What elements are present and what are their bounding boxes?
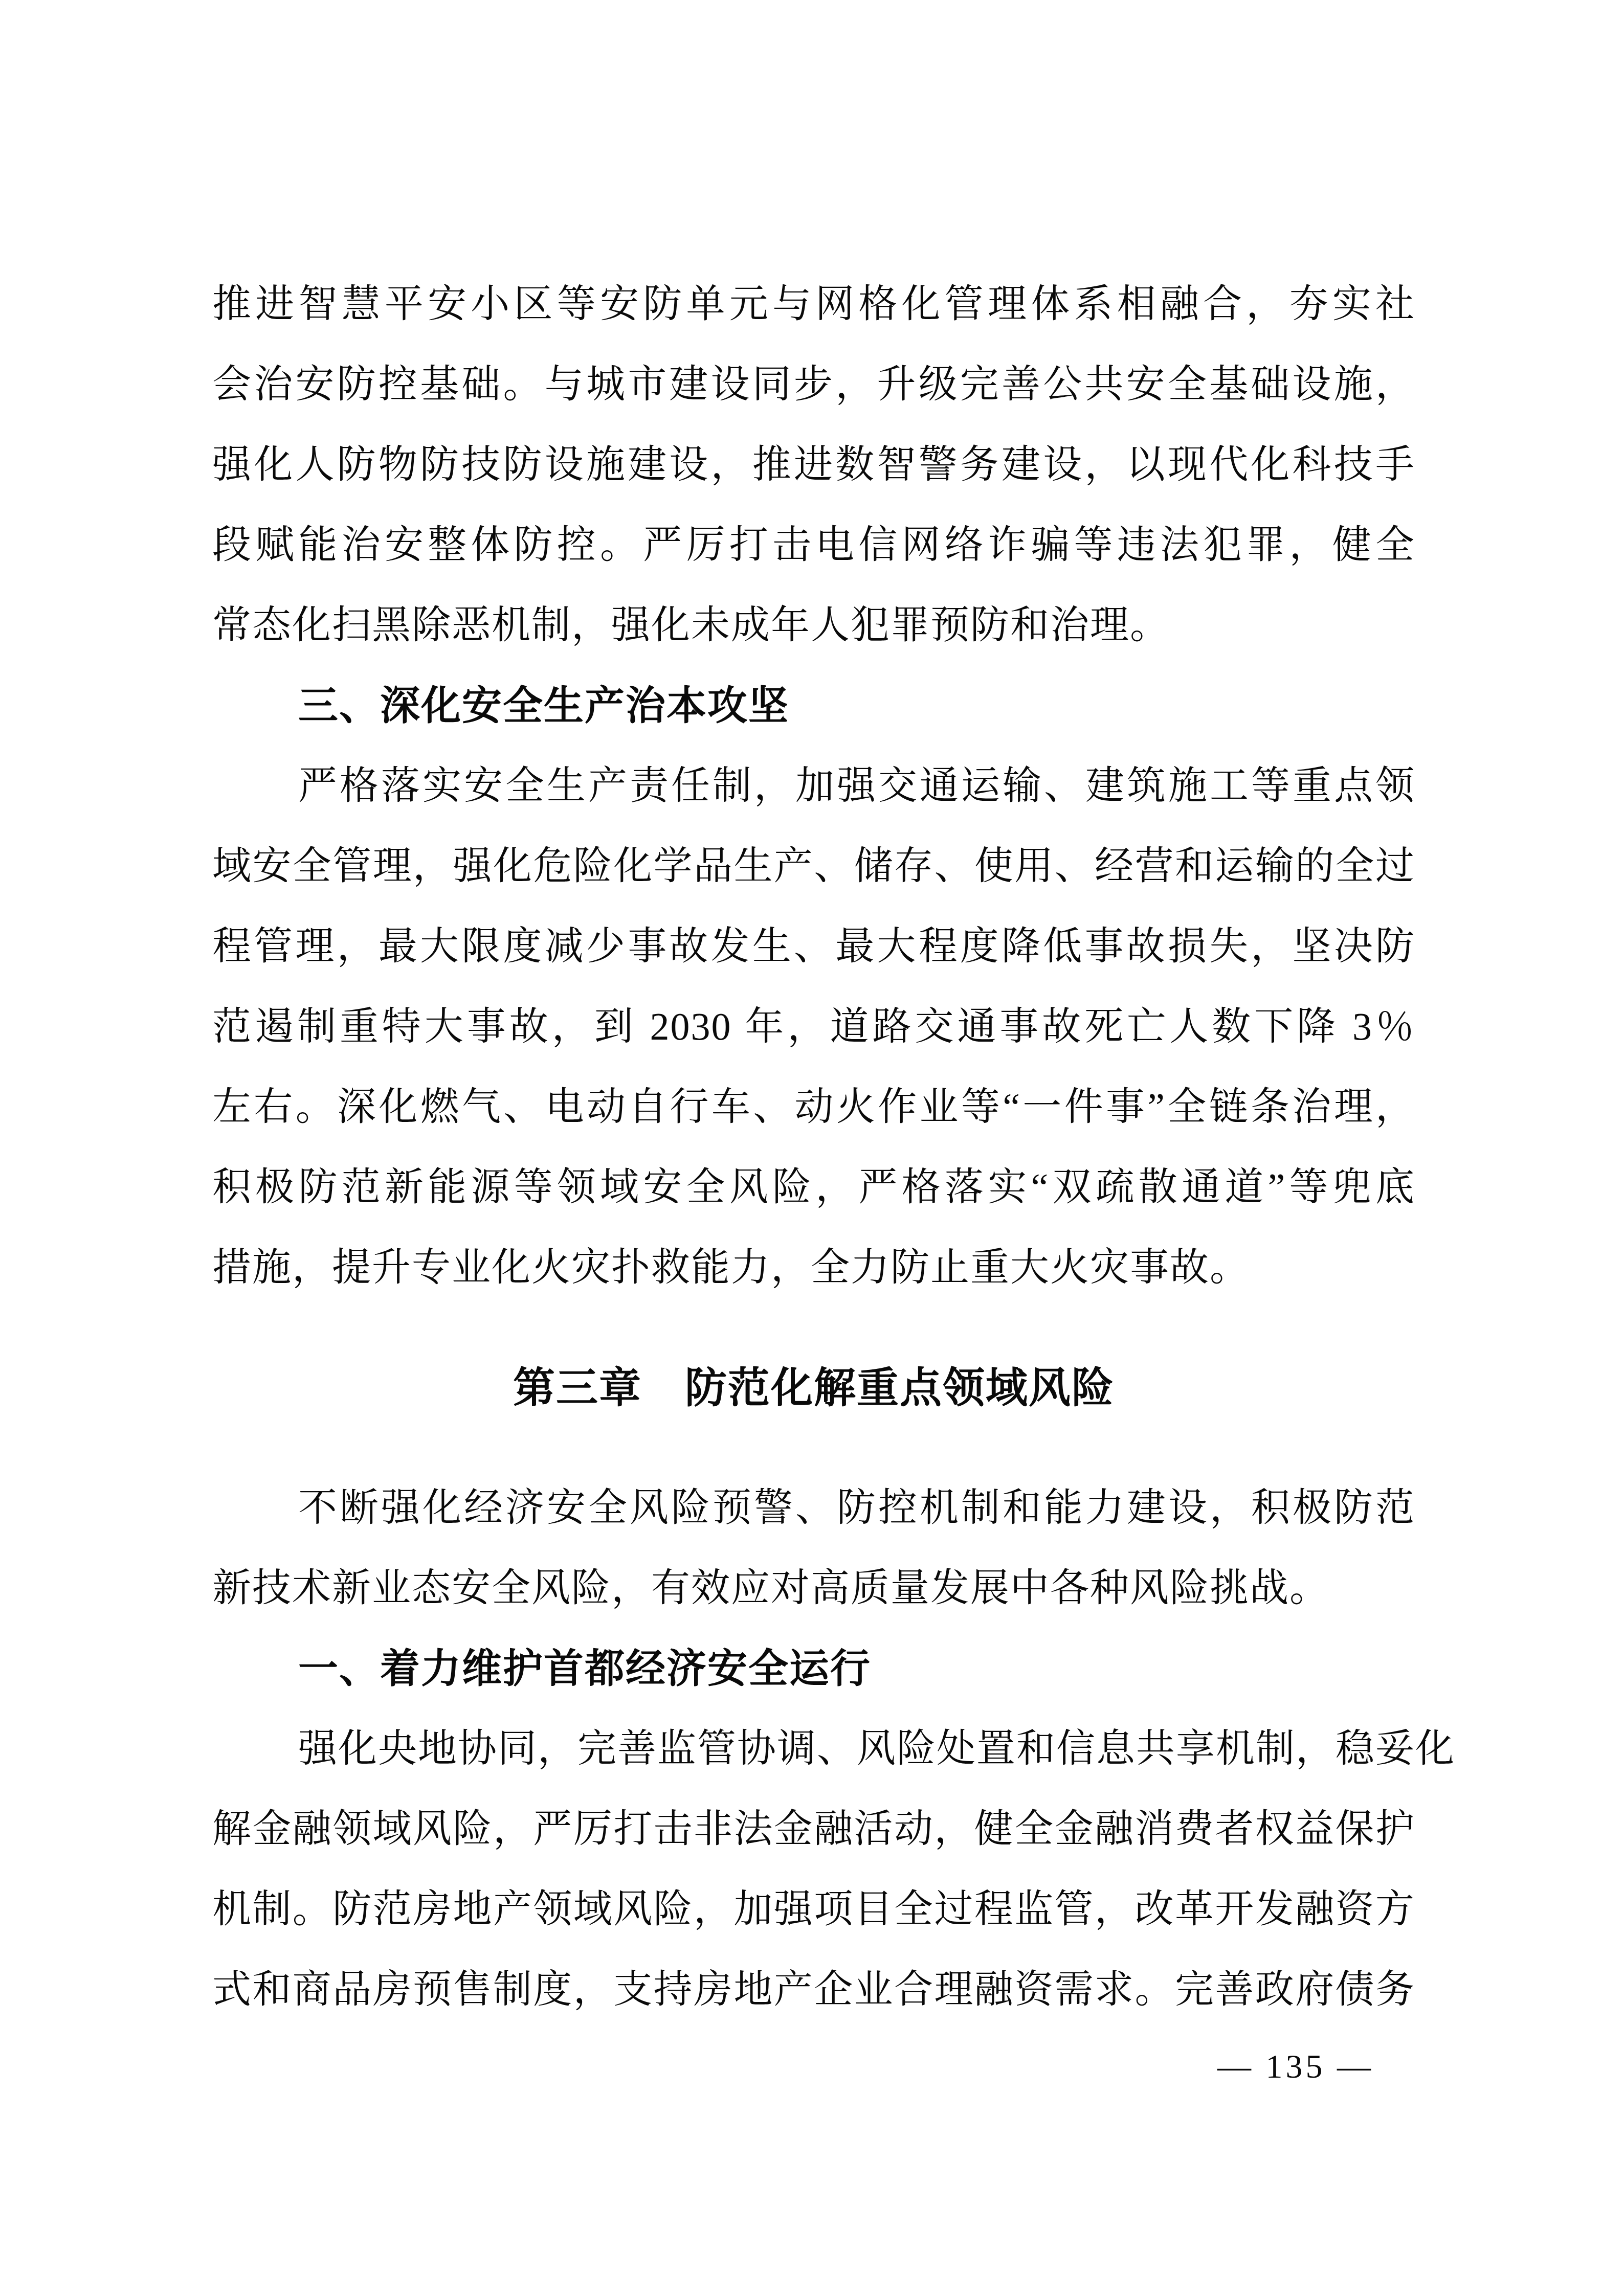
text-line: 机制。防范房地产领域风险，加强项目全过程监管，改革开发融资方 [212,1870,1415,1950]
text-line: 强化央地协同，完善监管协调、风险处置和信息共享机制，稳妥化 [212,1709,1415,1789]
text-line: 段赋能治安整体防控。严厉打击电信网络诈骗等违法犯罪，健全 [212,505,1415,586]
text-line: 常态化扫黑除恶机制，强化未成年人犯罪预防和治理。 [212,586,1415,666]
section-heading: 三、深化安全生产治本攻坚 [212,666,1415,746]
text-line: 范遏制重特大事故，到 2030 年，道路交通事故死亡人数下降 3％ [212,987,1415,1067]
text-line: 严格落实安全生产责任制，加强交通运输、建筑施工等重点领 [212,746,1415,826]
text-line: 式和商品房预售制度，支持房地产企业合理融资需求。完善政府债务 [212,1950,1415,2030]
text-line: 积极防范新能源等领域安全风险，严格落实“双疏散通道”等兜底 [212,1147,1415,1228]
text-line: 域安全管理，强化危险化学品生产、储存、使用、经营和运输的全过 [212,826,1415,907]
page-number: — 135 — [1217,2046,1374,2087]
text-line: 解金融领域风险，严厉打击非法金融活动，健全金融消费者权益保护 [212,1789,1415,1870]
document-page: 推进智慧平安小区等安防单元与网格化管理体系相融合，夯实社会治安防控基础。与城市建… [0,0,1624,2296]
text-line: 推进智慧平安小区等安防单元与网格化管理体系相融合，夯实社 [212,264,1415,345]
text-line: 新技术新业态安全风险，有效应对高质量发展中各种风险挑战。 [212,1548,1415,1629]
text-block: 推进智慧平安小区等安防单元与网格化管理体系相融合，夯实社会治安防控基础。与城市建… [212,264,1415,2030]
chapter-heading: 第三章 防范化解重点领域风险 [212,1348,1415,1428]
section-heading: 一、着力维护首都经济安全运行 [212,1629,1415,1709]
text-line: 强化人防物防技防设施建设，推进数智警务建设，以现代化科技手 [212,425,1415,505]
text-line: 左右。深化燃气、电动自行车、动火作业等“一件事”全链条治理， [212,1067,1415,1147]
text-line: 不断强化经济安全风险预警、防控机制和能力建设，积极防范 [212,1468,1415,1548]
text-line: 程管理，最大限度减少事故发生、最大程度降低事故损失，坚决防 [212,907,1415,987]
text-line: 措施，提升专业化火灾扑救能力，全力防止重大火灾事故。 [212,1228,1415,1308]
text-line: 会治安防控基础。与城市建设同步，升级完善公共安全基础设施， [212,345,1415,425]
